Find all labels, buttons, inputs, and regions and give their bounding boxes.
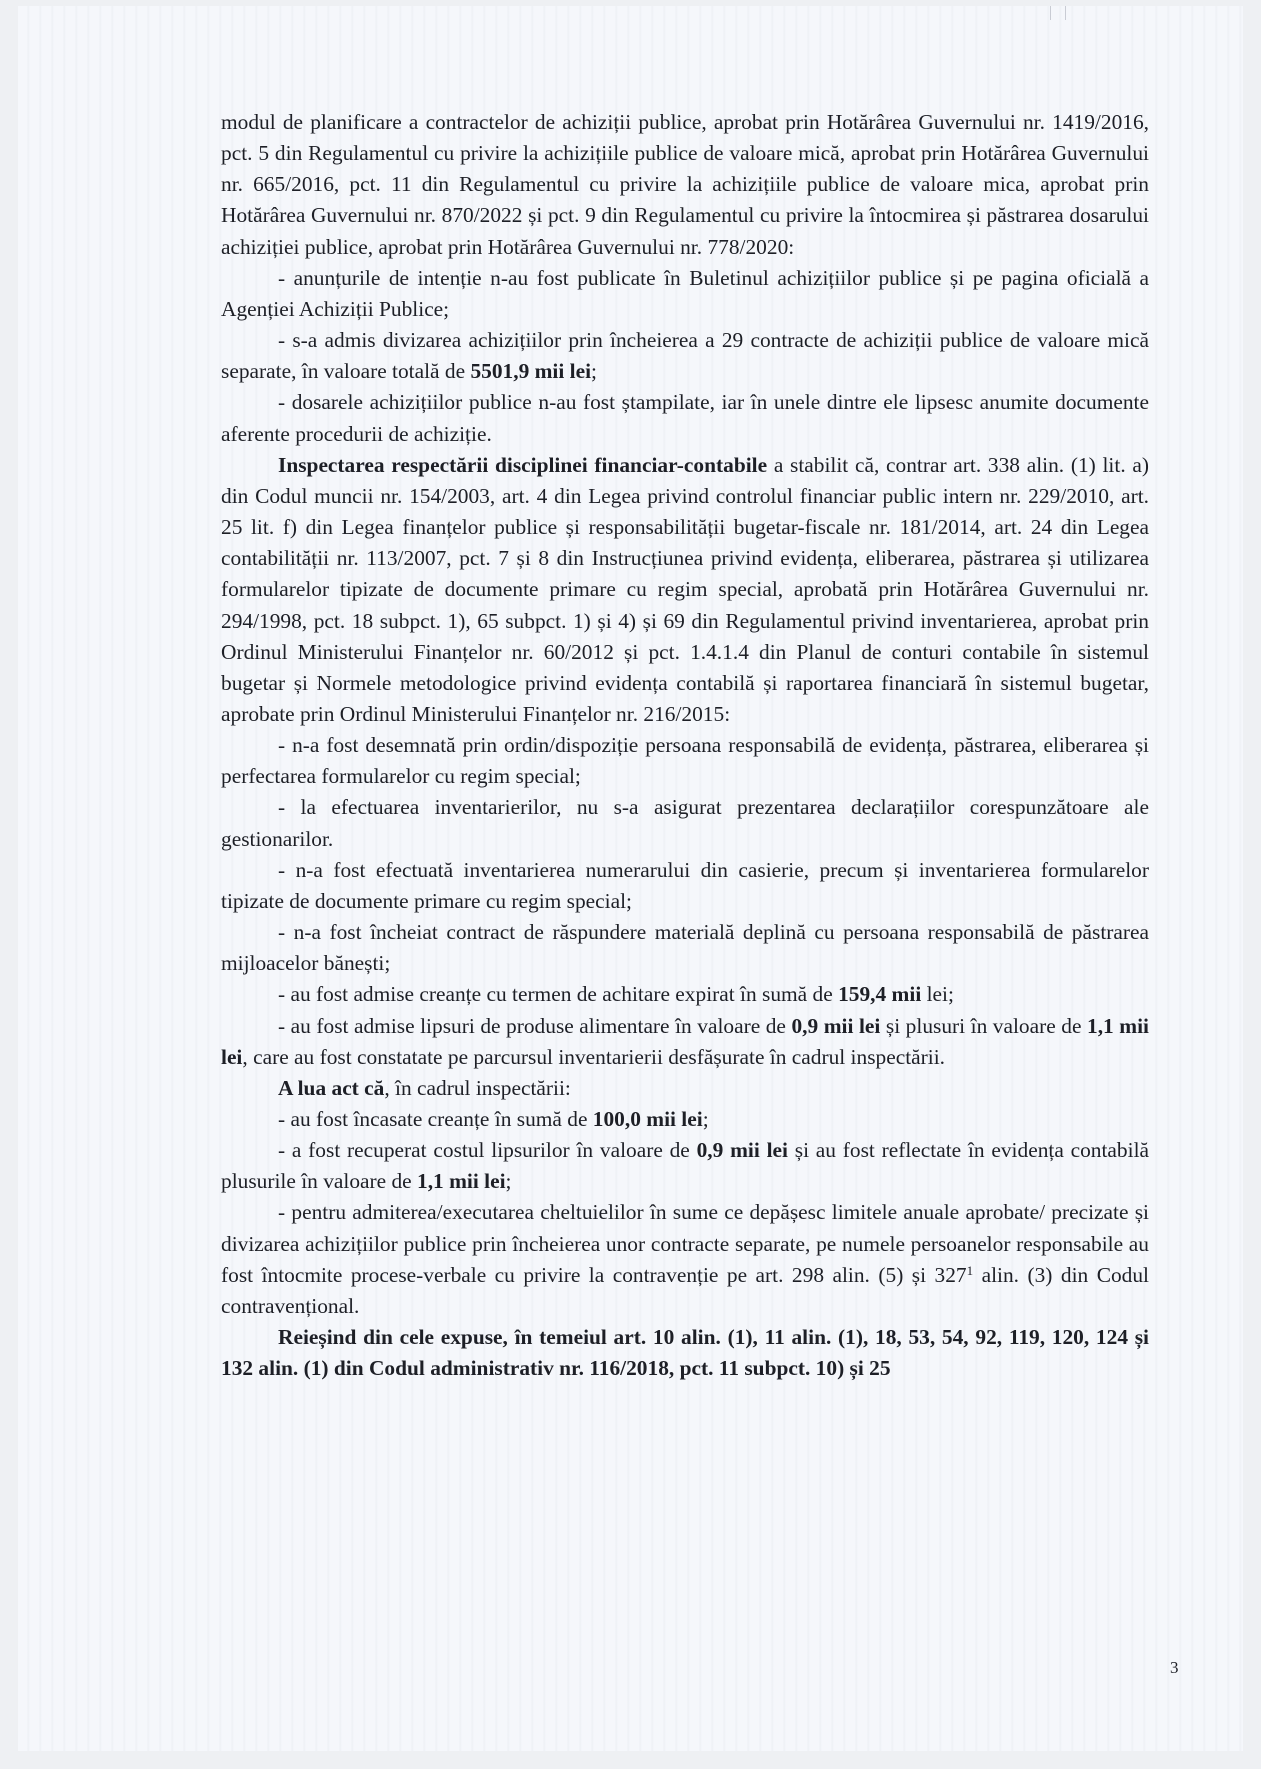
finding-responsible-person: - n-a fost desemnată prin ordin/dispoziț… <box>221 730 1149 792</box>
paragraph-financial-discipline: Inspectarea respectării disciplinei fina… <box>221 450 1149 730</box>
page-number: 3 <box>1170 1658 1179 1678</box>
note-contravention-reports: - pentru admiterea/executarea cheltuieli… <box>221 1197 1149 1322</box>
finding-liability-contract: - n-a fost încheiat contract de răspunde… <box>221 917 1149 979</box>
finding-cash-inventory: - n-a fost efectuată inventarierea numer… <box>221 855 1149 917</box>
note-shortages-recovered: - a fost recuperat costul lipsurilor în … <box>221 1135 1149 1197</box>
amount-highlight: 100,0 mii lei <box>593 1107 703 1131</box>
scan-artifact <box>1050 6 1066 20</box>
amount-highlight: 5501,9 mii lei <box>470 359 591 383</box>
finding-procurement-files: - dosarele achizițiilor publice n-au fos… <box>221 387 1149 449</box>
paragraph-legal-grounds: Reieșind din cele expuse, în temeiul art… <box>221 1322 1149 1384</box>
section-heading: A lua act că <box>278 1076 384 1100</box>
amount-highlight: 1,1 mii lei <box>417 1169 506 1193</box>
finding-split-procurement: - s-a admis divizarea achizițiilor prin … <box>221 325 1149 387</box>
document-body: modul de planificare a contractelor de a… <box>221 107 1149 1384</box>
note-receivables-collected: - au fost încasate creanțe în sumă de 10… <box>221 1104 1149 1135</box>
paragraph-procurement-legal-basis: modul de planificare a contractelor de a… <box>221 107 1149 263</box>
finding-food-shortages: - au fost admise lipsuri de produse alim… <box>221 1011 1149 1073</box>
paragraph-take-note: A lua act că, în cadrul inspectării: <box>221 1073 1149 1104</box>
document-page: modul de planificare a contractelor de a… <box>18 6 1243 1751</box>
amount-highlight: 0,9 mii lei <box>791 1014 880 1038</box>
finding-overdue-receivables: - au fost admise creanțe cu termen de ac… <box>221 979 1149 1010</box>
section-heading: Inspectarea respectării disciplinei fina… <box>278 453 767 477</box>
amount-highlight: 159,4 mii <box>838 982 921 1006</box>
finding-inventory-declarations: - la efectuarea inventarierilor, nu s-a … <box>221 792 1149 854</box>
amount-highlight: 0,9 mii lei <box>697 1138 788 1162</box>
finding-intent-notices: - anunțurile de intenție n-au fost publi… <box>221 263 1149 325</box>
